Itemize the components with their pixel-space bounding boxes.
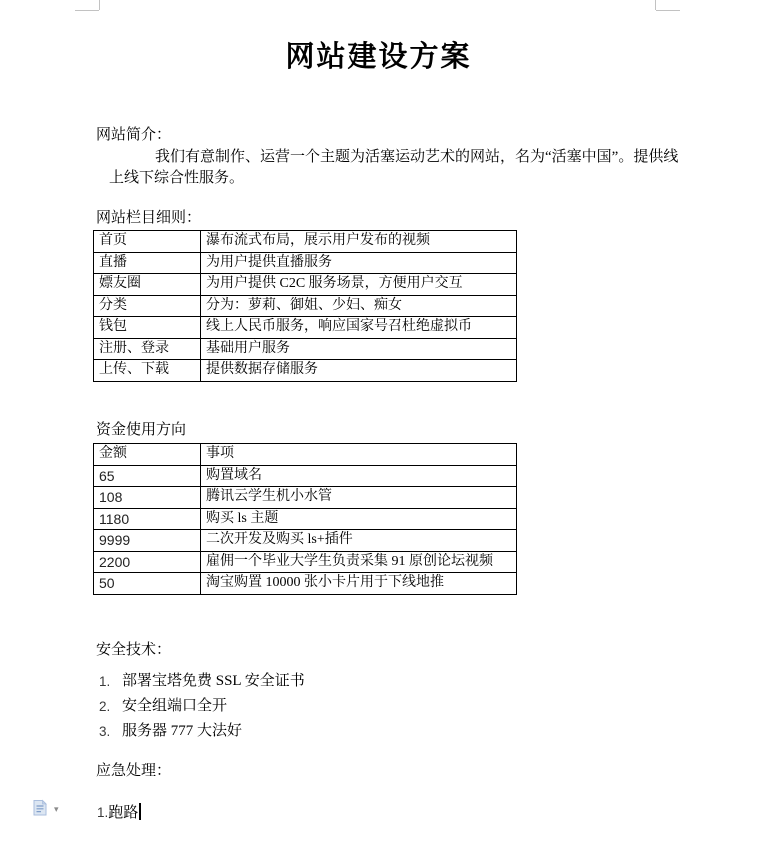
funds-amount-cell: 1180 (94, 508, 201, 530)
funds-header-amount: 金额 (94, 444, 201, 466)
section-heading-columns: 网站栏目细则： (96, 210, 201, 227)
column-name-cell: 上传、下载 (94, 360, 201, 382)
emergency-edit-line: 1.跑路 (97, 803, 141, 822)
table-row: 1180 购买 ls 主题 (94, 508, 517, 530)
columns-table: 首页 瀑布流式布局，展示用户发布的视频 直播 为用户提供直播服务 嫖友圈 为用户… (93, 230, 517, 382)
funds-item-cell: 二次开发及购买 ls+插件 (201, 530, 517, 552)
table-row: 钱包 线上人民币服务，响应国家号召杜绝虚拟币 (94, 317, 517, 339)
column-name-cell: 首页 (94, 231, 201, 253)
table-row: 注册、登录 基础用户服务 (94, 338, 517, 360)
table-row: 50 淘宝购置 10000 张小卡片用于下线地推 (94, 573, 517, 595)
list-item-text: 安全组端口全开 (122, 698, 227, 715)
column-name-cell: 嫖友圈 (94, 274, 201, 296)
text-cursor-caret (139, 803, 141, 820)
list-item-text: 服务器 777 大法好 (122, 723, 242, 740)
section-heading-intro: 网站简介： (96, 127, 171, 144)
intro-paragraph-line-1: 我们有意制作、运营一个主题为活塞运动艺术的网站，名为“活塞中国”。提供线 (155, 149, 678, 166)
funds-amount-cell: 2200 (94, 551, 201, 573)
section-heading-security: 安全技术： (96, 642, 171, 659)
list-item-text: 部署宝塔免费 SSL 安全证书 (122, 673, 305, 690)
column-desc-cell: 提供数据存储服务 (201, 360, 517, 382)
document-title: 网站建设方案 (0, 39, 757, 75)
funds-header-item: 事项 (201, 444, 517, 466)
funds-item-cell: 购买 ls 主题 (201, 508, 517, 530)
paste-options-icon (30, 798, 50, 823)
table-row: 9999 二次开发及购买 ls+插件 (94, 530, 517, 552)
table-row: 嫖友圈 为用户提供 C2C 服务场景，方便用户交互 (94, 274, 517, 296)
column-desc-cell: 线上人民币服务，响应国家号召杜绝虚拟币 (201, 317, 517, 339)
table-row: 2200 雇佣一个毕业大学生负责采集 91 原创论坛视频 (94, 551, 517, 573)
table-row: 108 腾讯云学生机小水管 (94, 487, 517, 509)
column-name-cell: 直播 (94, 252, 201, 274)
table-row: 分类 分为：萝莉、御姐、少妇、痴女 (94, 295, 517, 317)
table-row: 65 购置域名 (94, 465, 517, 487)
table-header-row: 金额 事项 (94, 444, 517, 466)
funds-amount-cell: 108 (94, 487, 201, 509)
paste-options-button[interactable]: ▾ (30, 797, 74, 823)
list-number: 1. (99, 673, 115, 690)
emergency-item-text: 跑路 (108, 805, 138, 821)
column-desc-cell: 为用户提供 C2C 服务场景，方便用户交互 (201, 274, 517, 296)
list-number: 2. (99, 698, 115, 715)
column-desc-cell: 瀑布流式布局，展示用户发布的视频 (201, 231, 517, 253)
funds-amount-cell: 65 (94, 465, 201, 487)
column-name-cell: 钱包 (94, 317, 201, 339)
funds-amount-cell: 50 (94, 573, 201, 595)
column-name-cell: 注册、登录 (94, 338, 201, 360)
column-desc-cell: 基础用户服务 (201, 338, 517, 360)
column-desc-cell: 分为：萝莉、御姐、少妇、痴女 (201, 295, 517, 317)
funds-item-cell: 淘宝购置 10000 张小卡片用于下线地推 (201, 573, 517, 595)
table-row: 首页 瀑布流式布局，展示用户发布的视频 (94, 231, 517, 253)
funds-item-cell: 购置域名 (201, 465, 517, 487)
crop-mark-top-left-horizontal (75, 10, 99, 11)
emergency-item-number: 1. (97, 805, 108, 820)
funds-table: 金额 事项 65 购置域名 108 腾讯云学生机小水管 1180 购买 ls 主… (93, 443, 517, 595)
list-number: 3. (99, 723, 115, 740)
crop-mark-top-right-horizontal (656, 10, 680, 11)
chevron-down-icon: ▾ (54, 805, 59, 815)
table-row: 上传、下载 提供数据存储服务 (94, 360, 517, 382)
column-desc-cell: 为用户提供直播服务 (201, 252, 517, 274)
funds-amount-cell: 9999 (94, 530, 201, 552)
funds-item-cell: 腾讯云学生机小水管 (201, 487, 517, 509)
crop-mark-top-right-vertical (655, 0, 656, 10)
editable-text-area[interactable]: 网站建设方案 网站简介： 我们有意制作、运营一个主题为活塞运动艺术的网站，名为“… (0, 0, 759, 863)
crop-mark-top-left-vertical (99, 0, 100, 10)
table-row: 直播 为用户提供直播服务 (94, 252, 517, 274)
funds-item-cell: 雇佣一个毕业大学生负责采集 91 原创论坛视频 (201, 551, 517, 573)
section-heading-emergency: 应急处理： (96, 763, 171, 780)
column-name-cell: 分类 (94, 295, 201, 317)
section-heading-funds: 资金使用方向 (96, 422, 186, 439)
intro-paragraph-line-2: 上线下综合性服务。 (109, 170, 244, 187)
